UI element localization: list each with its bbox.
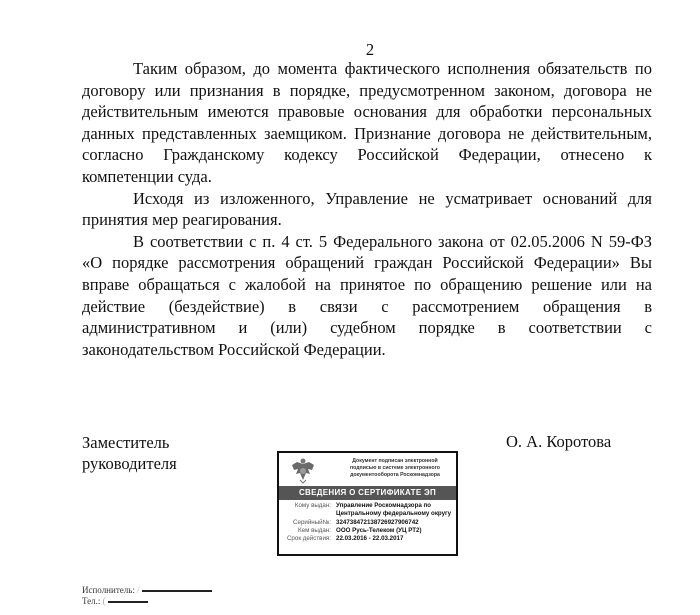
phone-line: Тел.: ( <box>82 596 212 607</box>
double-headed-eagle-emblem-icon <box>289 456 317 484</box>
stamp-note: Документ подписан электронной подписью в… <box>339 458 451 479</box>
position-line-1: Заместитель <box>82 432 177 453</box>
cert-row-issuer: Кем выдан: ООО Русь-Телеком (УЦ РТ2) <box>281 527 454 535</box>
footer-contacts: Исполнитель: / Тел.: ( <box>82 585 212 607</box>
paragraph-1: Таким образом, до момента фактического и… <box>82 58 652 188</box>
paragraph-2: Исходя из изложенного, Управление не усм… <box>82 188 652 231</box>
executor-line: Исполнитель: / <box>82 585 212 596</box>
signatory-position: Заместитель руководителя <box>82 432 177 474</box>
cert-row-validity: Срок действия: 22.03.2016 - 22.03.2017 <box>281 535 454 543</box>
signatory-name: О. А. Коротова <box>506 432 611 452</box>
executor-label: Исполнитель: <box>82 585 135 595</box>
letter-body: Таким образом, до момента фактического и… <box>82 58 652 360</box>
page-number: 2 <box>0 40 700 60</box>
e-signature-stamp: Документ подписан электронной подписью в… <box>277 451 458 556</box>
phone-label: Тел.: <box>82 596 100 606</box>
certificate-details: Кому выдан: Управление Роскомнадзора по … <box>279 500 456 543</box>
cert-row-issued-to: Кому выдан: Управление Роскомнадзора по … <box>281 502 454 519</box>
cert-row-serial: Серийный№: 3247384721387269279067​42 <box>281 519 454 527</box>
position-line-2: руководителя <box>82 453 177 474</box>
stamp-top: Документ подписан электронной подписью в… <box>279 453 456 486</box>
redacted-phone <box>108 601 148 603</box>
redacted-executor <box>142 590 212 592</box>
stamp-header: СВЕДЕНИЯ О СЕРТИФИКАТЕ ЭП <box>279 486 456 500</box>
paragraph-3: В соответствии с п. 4 ст. 5 Федерального… <box>82 231 652 361</box>
